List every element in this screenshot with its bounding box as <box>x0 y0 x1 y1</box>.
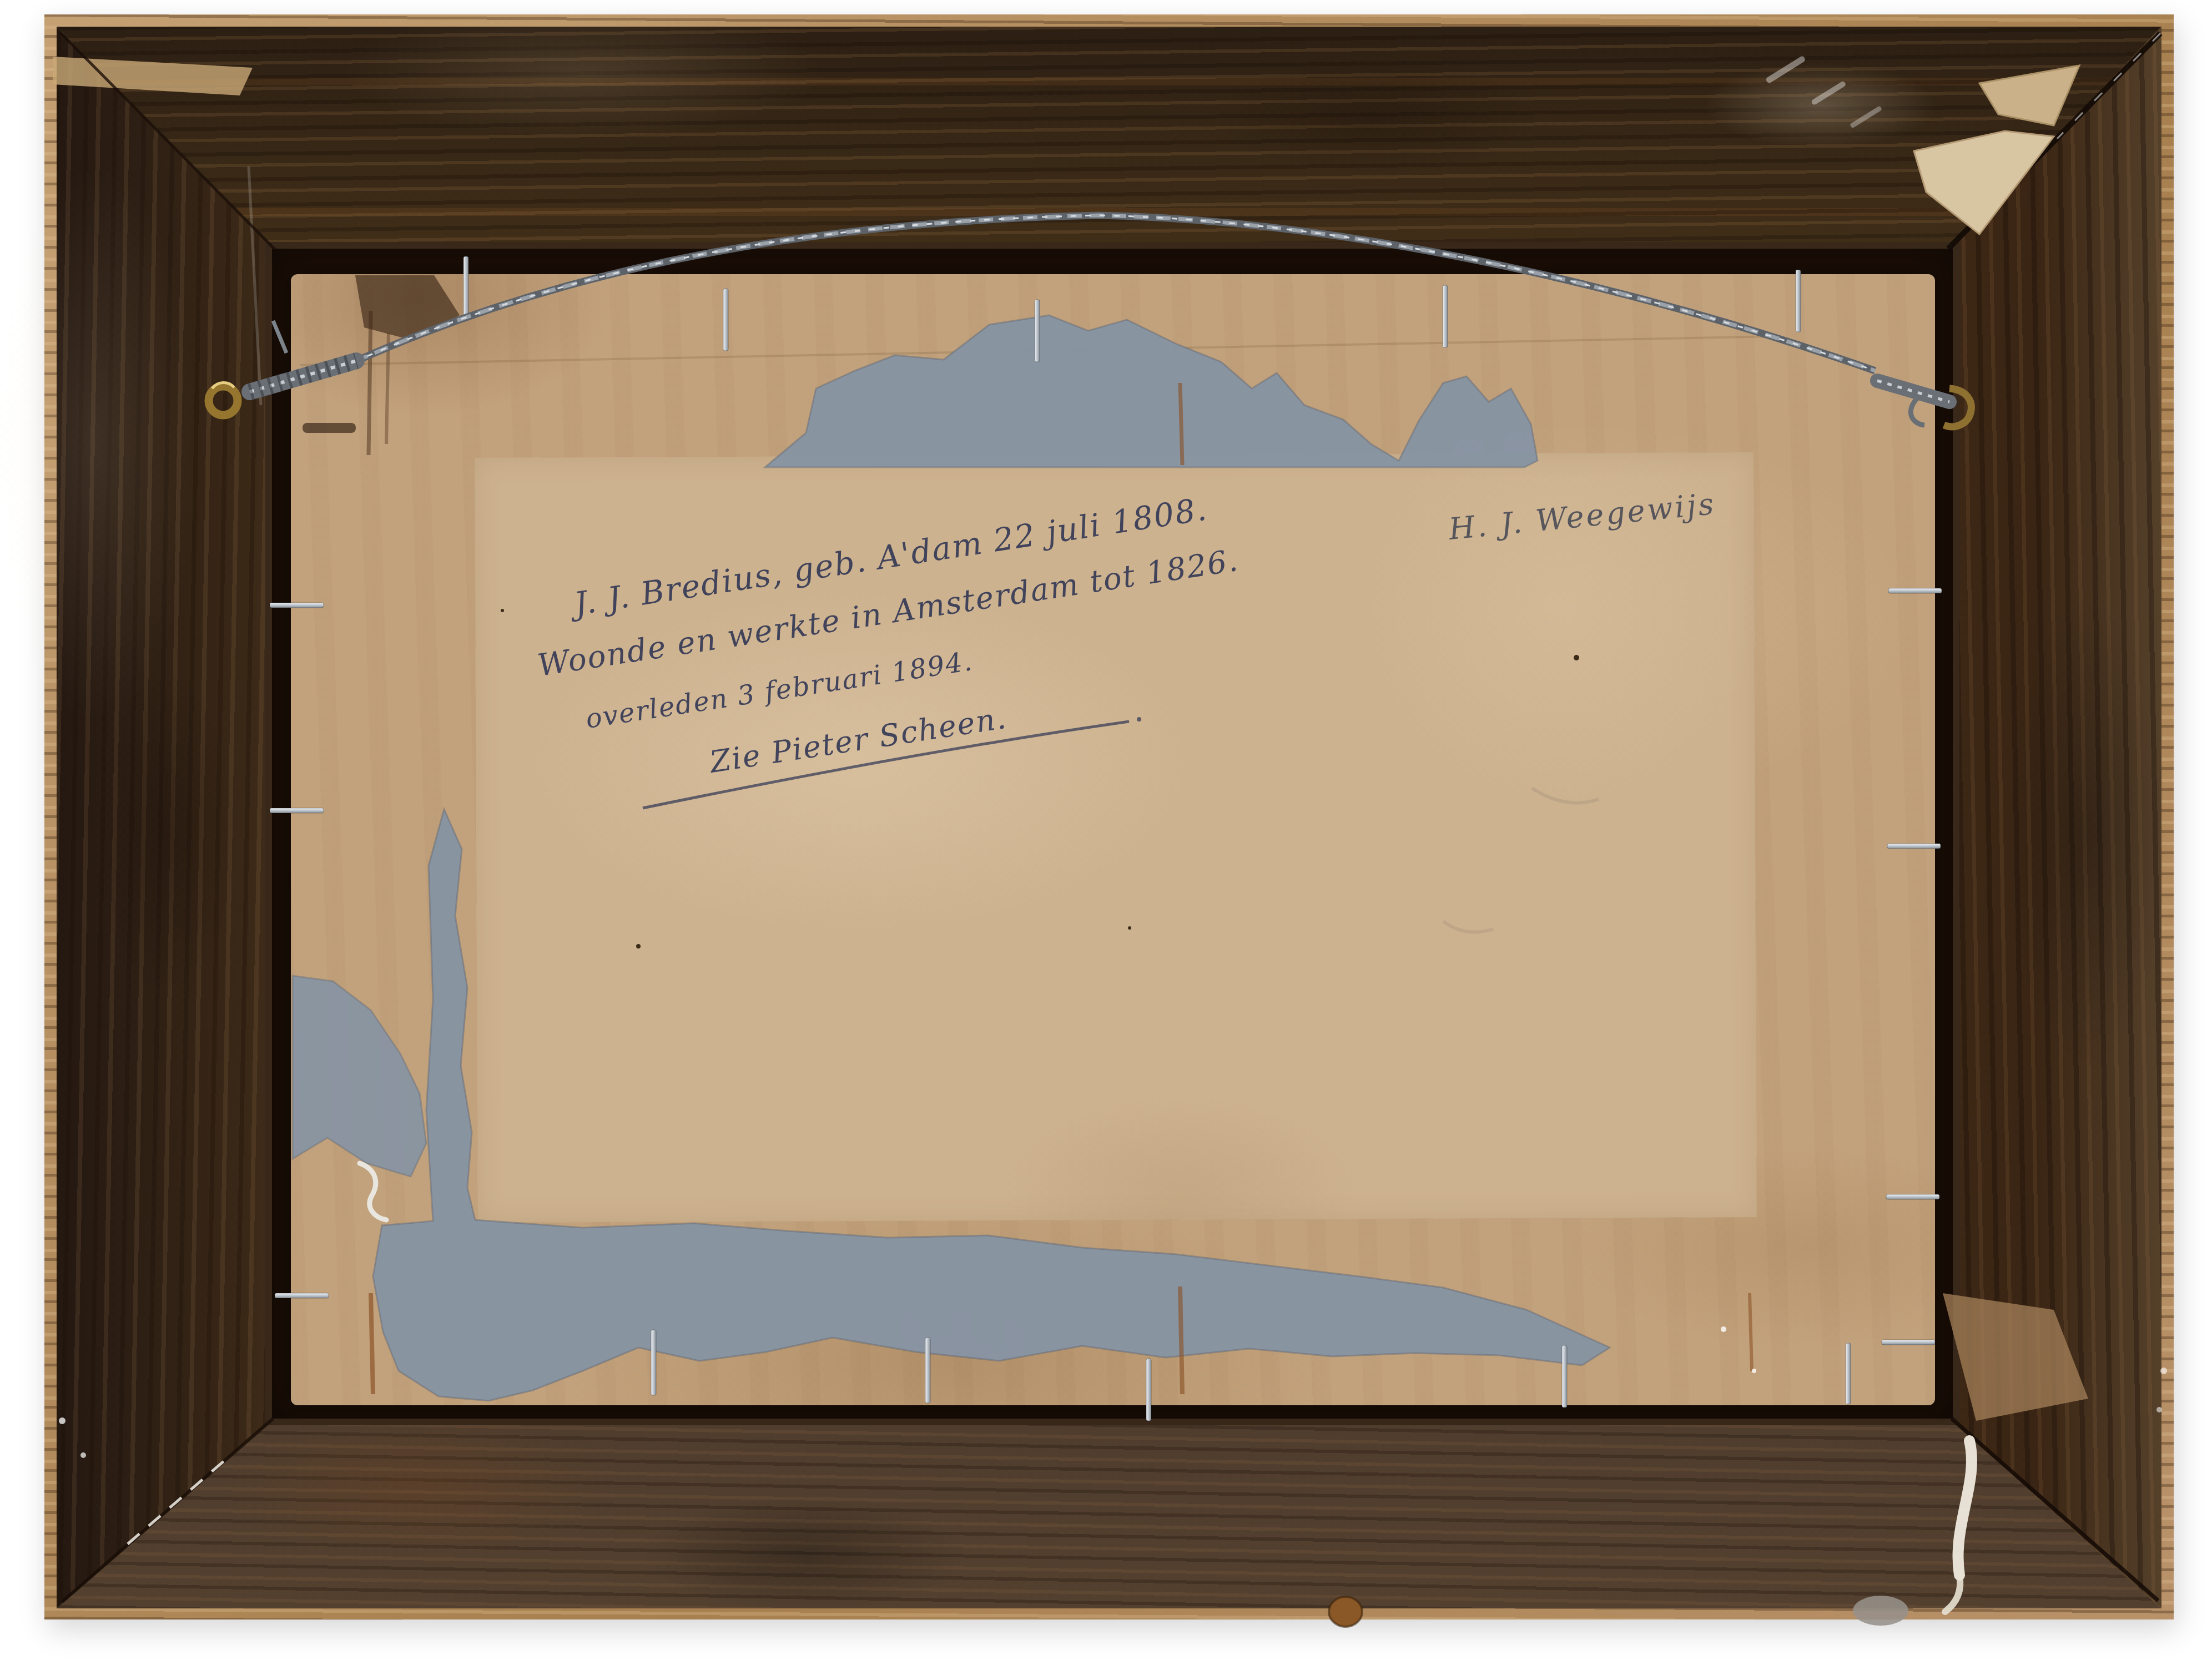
rust-streak <box>1180 383 1182 465</box>
nail-pin <box>1035 300 1040 362</box>
artist-signature-note: H. J. Weegewijs <box>1447 486 1717 547</box>
nail-pin <box>270 808 324 813</box>
raw-wood-streak <box>53 57 253 95</box>
nail-pin <box>1887 844 1941 849</box>
paint-speck <box>2160 1368 2167 1374</box>
nail-pin <box>1886 1194 1939 1199</box>
nail-pin <box>723 289 728 351</box>
board-speck <box>1128 926 1131 930</box>
varnish-shine <box>1811 80 1847 106</box>
nail-pin <box>1796 270 1801 332</box>
paint-speck <box>1752 1369 1756 1373</box>
wire-loop-tail <box>1911 397 1924 425</box>
board-streak <box>369 311 371 455</box>
nail-pins-right <box>1882 588 1942 1345</box>
crack-highlight <box>128 1461 224 1544</box>
pencil-smudge <box>1443 921 1493 932</box>
paint-speck <box>2156 1407 2162 1412</box>
board-speck <box>636 944 641 948</box>
nail-pin <box>270 603 324 608</box>
resin-bump <box>1329 1597 1362 1627</box>
torn-paper <box>1979 65 2079 125</box>
miter-crack-bottom-right <box>1952 1419 2158 1601</box>
cotton-fluff <box>1958 1441 1971 1575</box>
wood-scratch <box>249 167 261 405</box>
varnish-shine <box>1765 56 1806 84</box>
board-speck <box>501 609 504 612</box>
blue-paper-patch <box>293 976 426 1177</box>
paint-speck <box>80 1452 86 1458</box>
nail-pin <box>1882 1340 1935 1345</box>
torn-paper <box>1914 131 2054 234</box>
frame-paper-patch <box>1943 1293 2088 1421</box>
nail-pin <box>275 1293 329 1298</box>
inscription-line-4: Zie Pieter Scheen. <box>707 700 1009 780</box>
miter-crack-bottom-left <box>62 1419 273 1602</box>
nail-pin <box>1443 285 1448 347</box>
blue-paper-patch <box>765 315 1538 467</box>
cotton-fluff <box>1945 1575 1960 1612</box>
rust-streak <box>371 1293 373 1394</box>
white-paint-squiggle <box>360 1163 386 1220</box>
flourish-dot <box>1137 717 1141 722</box>
nail-pin <box>1146 1359 1151 1421</box>
board-speck <box>1574 655 1579 660</box>
pencil-smudge <box>1532 788 1599 803</box>
wire-tail <box>273 321 286 353</box>
nail-pin <box>1846 1343 1851 1404</box>
paint-speck <box>1721 1326 1726 1332</box>
nail-pin <box>651 1330 656 1395</box>
detail-layer: J. J. Bredius, geb. A'dam 22 juli 1808. … <box>0 0 2212 1665</box>
blue-paper-patch <box>373 809 1610 1401</box>
nail-pin <box>925 1338 930 1403</box>
varnish-shine <box>1850 105 1882 129</box>
nail-pins-left <box>270 603 329 1298</box>
photo-canvas: J. J. Bredius, geb. A'dam 22 juli 1808. … <box>0 0 2212 1665</box>
nail-pin <box>1888 588 1942 593</box>
board-scuff <box>303 423 356 433</box>
paint-speck <box>59 1417 65 1424</box>
rust-streak <box>1750 1293 1752 1371</box>
nail-pin <box>463 256 468 319</box>
dust-tuft <box>1853 1596 1908 1626</box>
brass-eyelet <box>209 386 238 415</box>
rust-streak <box>1180 1286 1182 1394</box>
nail-pin <box>1562 1345 1567 1407</box>
